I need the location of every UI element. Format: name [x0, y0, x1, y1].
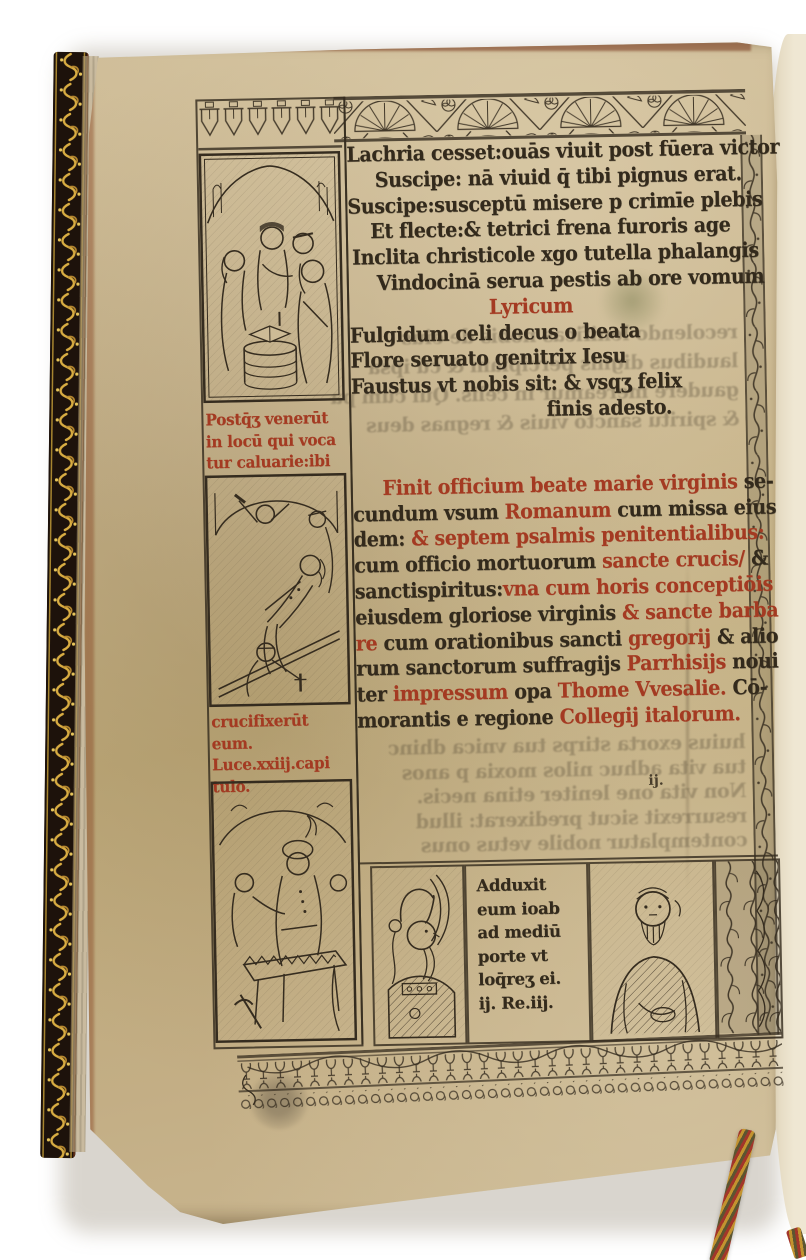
woodcut-panel-crucifixion-scene [205, 473, 351, 708]
woodcut-portrait-saint [588, 860, 717, 1042]
margin-caption-calvary: Postq̄ʒ venerūtin locū qui vocatur calua… [205, 407, 341, 474]
woodcut-panel-font-scene [198, 151, 345, 404]
text-line: Postq̄ʒ venerūt [205, 407, 340, 431]
text-line: Luce.xxiij.capi [212, 752, 347, 776]
text-line: loq̄reʒ ei. [478, 966, 584, 992]
text-line: Adduxit [476, 872, 582, 898]
woodcut-panel-sawbench-scene [210, 779, 357, 1044]
text-line: in locū qui voca [206, 428, 341, 452]
signature-mark: ij. [648, 773, 664, 789]
text-line: porte vt [478, 943, 584, 969]
text-line: crucifixerūt eum. [211, 709, 347, 755]
text-line: tur caluarie:ibi [206, 450, 341, 474]
bottom-tablet-text: Adduxiteum ioabad mediūporte vtloq̄reʒ e… [466, 864, 589, 1015]
text-line: ij. Re.iij. [478, 990, 584, 1016]
woodcut-canopy-frieze [197, 99, 342, 152]
book-photograph: { "book": { "page_hex": "#c4b08a", "ink_… [0, 0, 806, 1260]
bottom-tablet: Adduxiteum ioabad mediūporte vtloq̄reʒ e… [464, 862, 591, 1044]
bottom-woodcut-panel: Adduxiteum ioabad mediūporte vtloq̄reʒ e… [370, 858, 781, 1046]
text-line: ad mediū [477, 919, 583, 945]
woodcut-portrait-prophet [370, 864, 467, 1046]
woodcut-corner-foliate [714, 858, 783, 1039]
main-text: Lachria cesset:ouās viuit post fūera vic… [346, 131, 752, 734]
text-line: eum ioab [477, 896, 583, 922]
bleedthrough-verso-lower: huius exorta stirps tua vnica dhinctua v… [366, 729, 748, 859]
printed-page-block: Postq̄ʒ venerūtin locū qui vocatur calua… [183, 80, 789, 1123]
